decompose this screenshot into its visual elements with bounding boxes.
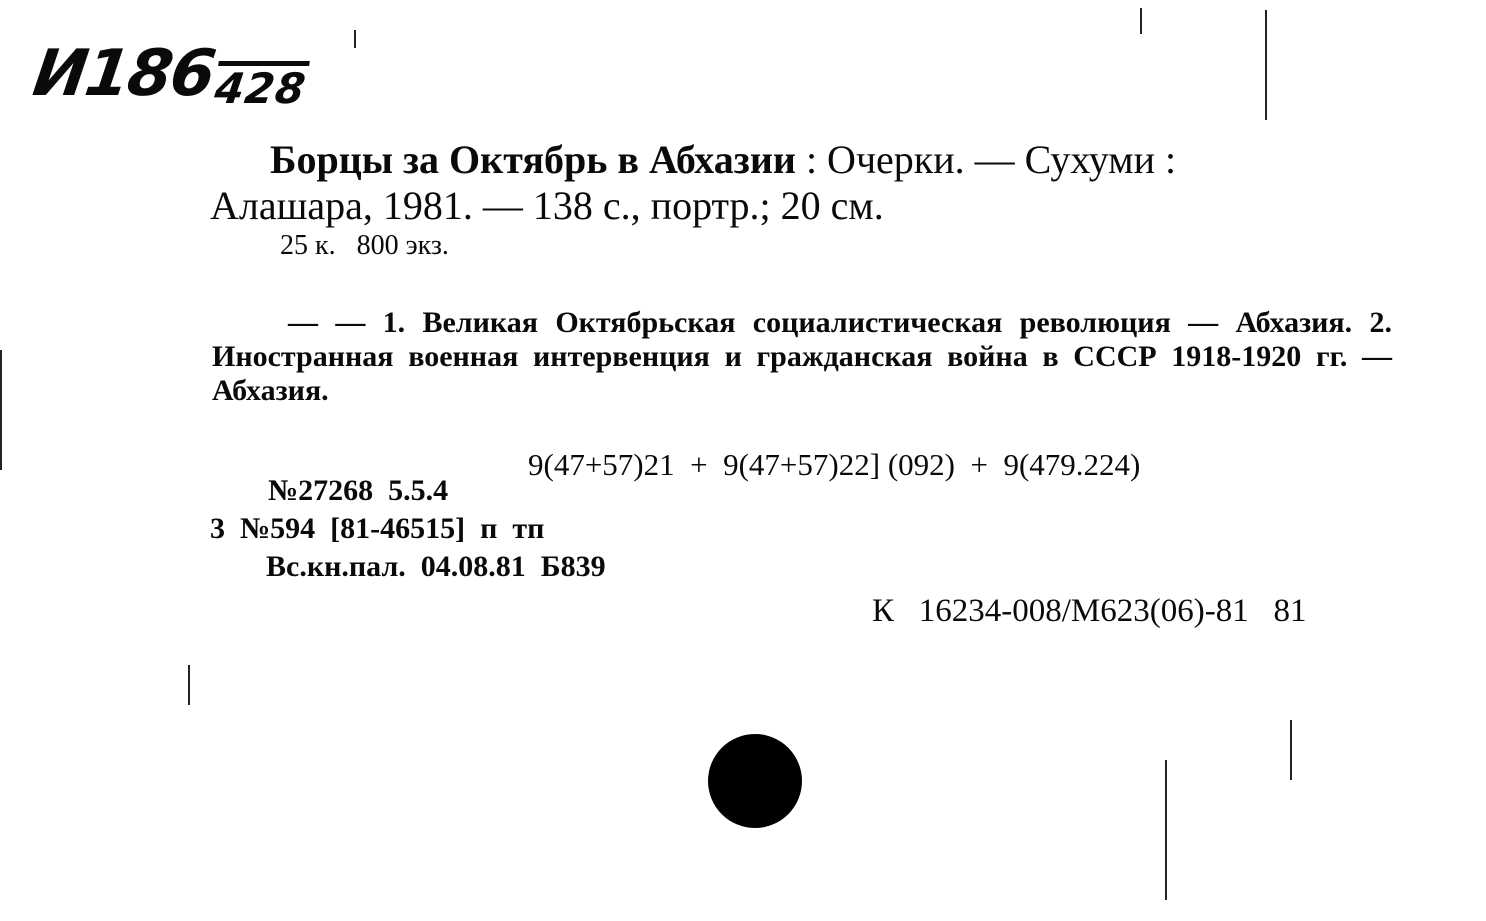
scan-mark [188, 665, 190, 705]
index-line: К 16234-008/М623(06)-81 81 [872, 595, 1306, 628]
price-run-line: 25 к. 800 экз. [280, 232, 449, 260]
scan-mark [0, 350, 2, 470]
title-remainder: : Очерки. — Сухуми : [796, 137, 1176, 182]
punch-hole [708, 734, 802, 828]
scan-mark [1140, 8, 1142, 34]
subject-headings: — — 1. Великая Октябрьская социалистичес… [212, 306, 1392, 408]
order-line: 3 №594 [81-46515] п тп [210, 514, 544, 544]
shelf-mark-main: И186 [29, 37, 219, 111]
scan-mark [1265, 10, 1267, 120]
chamber-line: Вс.кн.пал. 04.08.81 Б839 [266, 552, 606, 582]
title-line: Борцы за Октябрь в Абхазии : Очерки. — С… [270, 140, 1176, 180]
imprint-line: Алашара, 1981. — 138 с., портр.; 20 см. [210, 186, 884, 226]
classification-line: 9(47+57)21 + 9(47+57)22] (092) + 9(479.2… [528, 449, 1140, 480]
scan-mark [354, 30, 356, 48]
shelf-mark: И186428 [30, 42, 313, 106]
shelf-mark-fraction: 428 [212, 61, 310, 110]
number-line: №27268 5.5.4 [268, 476, 448, 506]
scan-mark [1290, 720, 1292, 780]
scan-mark [1165, 760, 1167, 900]
catalog-card: И186428 Борцы за Октябрь в Абхазии : Оче… [0, 0, 1486, 921]
book-title: Борцы за Октябрь в Абхазии [270, 137, 796, 182]
